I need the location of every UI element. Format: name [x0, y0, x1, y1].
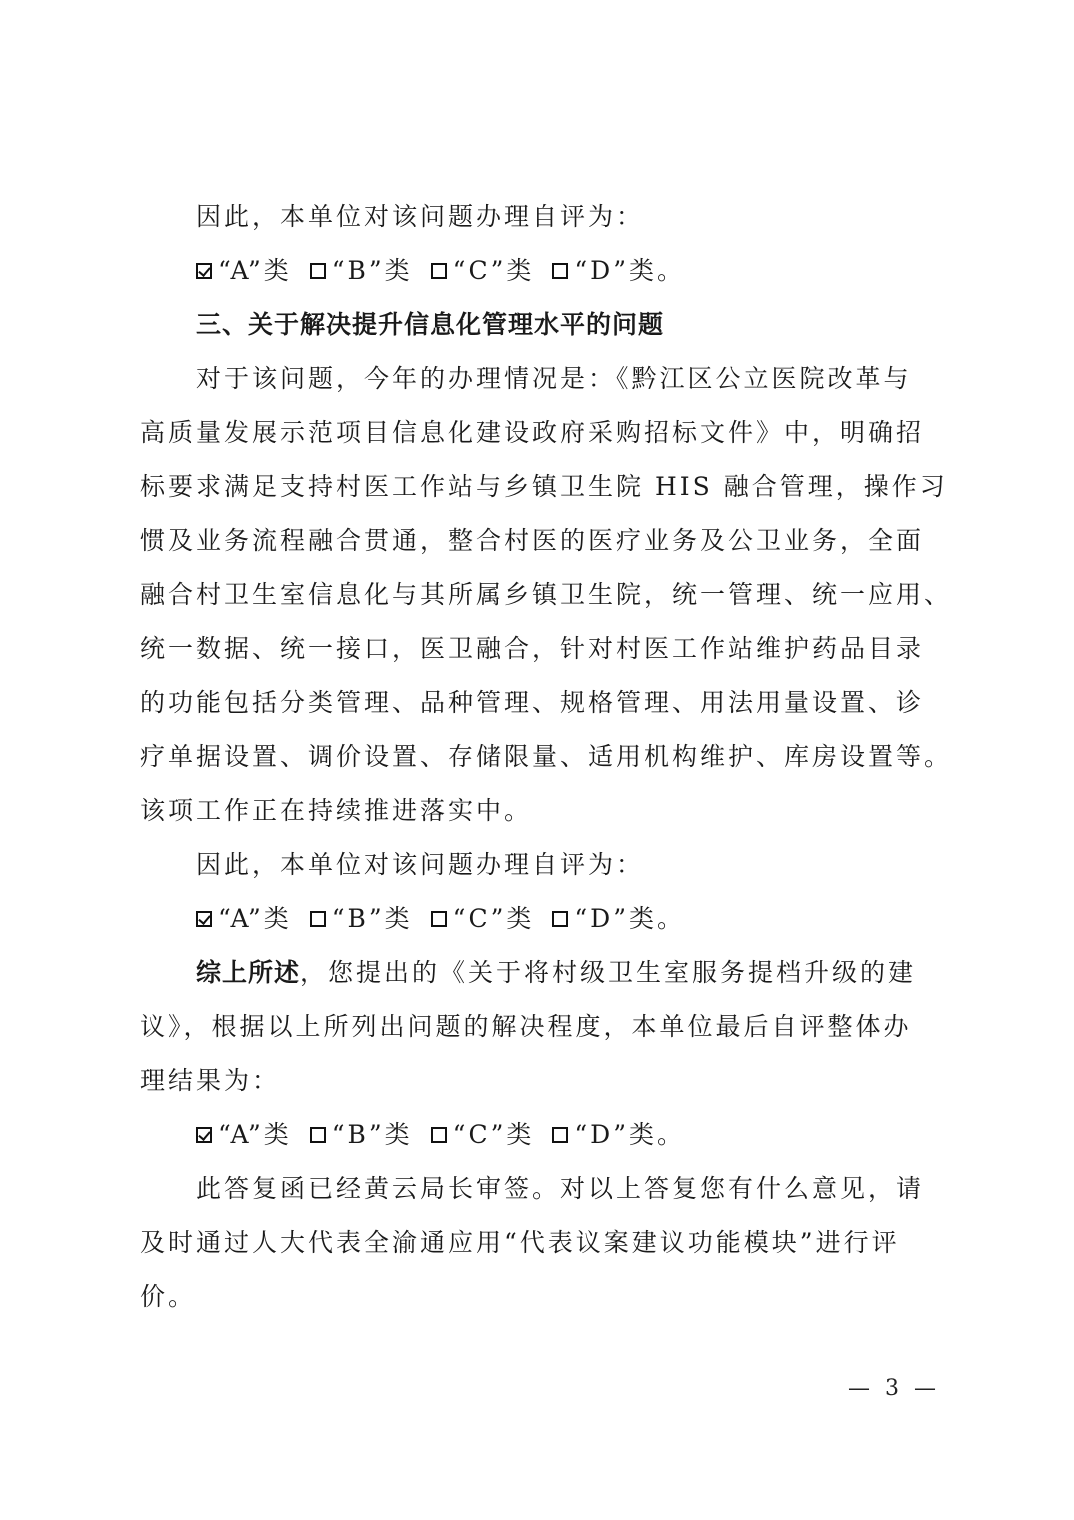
- self-evaluation-intro: 因此，本单位对该问题办理自评为：: [140, 838, 940, 892]
- page-number: — 3 —: [848, 1376, 940, 1401]
- empty-box-icon[interactable]: [310, 263, 326, 279]
- paragraph-line: 统一数据、统一接口，医卫融合，针对村医工作站维护药品目录: [140, 622, 940, 676]
- section-heading: 三、关于解决提升信息化管理水平的问题: [140, 298, 940, 352]
- empty-box-icon[interactable]: [431, 1127, 447, 1143]
- empty-box-icon[interactable]: [552, 263, 568, 279]
- summary-lead: 综上所述: [196, 958, 300, 987]
- self-evaluation-intro: 因此，本单位对该问题办理自评为：: [140, 190, 940, 244]
- rating-option-c[interactable]: “C”类: [431, 244, 535, 298]
- checked-box-icon[interactable]: [196, 263, 212, 279]
- document-page: 因此，本单位对该问题办理自评为： “A”类 “B”类 “C”类 “D”类。 三、…: [140, 190, 940, 1324]
- rating-option-d[interactable]: “D”类。: [552, 892, 685, 946]
- empty-box-icon[interactable]: [552, 1127, 568, 1143]
- rating-option-a[interactable]: “A”类: [196, 1108, 292, 1162]
- empty-box-icon[interactable]: [431, 911, 447, 927]
- paragraph-line: 的功能包括分类管理、品种管理、规格管理、用法用量设置、诊: [140, 676, 940, 730]
- paragraph-line: 疗单据设置、调价设置、存储限量、适用机构维护、库房设置等。: [140, 730, 940, 784]
- closing-line: 价。: [140, 1270, 940, 1324]
- rating-option-c[interactable]: “C”类: [431, 892, 535, 946]
- paragraph-line: 对于该问题，今年的办理情况是：《黔江区公立医院改革与: [140, 352, 940, 406]
- paragraph-line: 惯及业务流程融合贯通，整合村医的医疗业务及公卫业务，全面: [140, 514, 940, 568]
- rating-options: “A”类 “B”类 “C”类 “D”类。: [140, 892, 940, 946]
- paragraph-line: 融合村卫生室信息化与其所属乡镇卫生院，统一管理、统一应用、: [140, 568, 940, 622]
- paragraph-line: 标要求满足支持村医工作站与乡镇卫生院 HIS 融合管理，操作习: [140, 460, 940, 514]
- summary-line: 议》，根据以上所列出问题的解决程度，本单位最后自评整体办: [140, 1000, 940, 1054]
- rating-option-c[interactable]: “C”类: [431, 1108, 535, 1162]
- rating-option-d[interactable]: “D”类。: [552, 244, 685, 298]
- empty-box-icon[interactable]: [310, 1127, 326, 1143]
- paragraph-line: 该项工作正在持续推进落实中。: [140, 784, 940, 838]
- paragraph-line: 高质量发展示范项目信息化建设政府采购招标文件》中，明确招: [140, 406, 940, 460]
- empty-box-icon[interactable]: [310, 911, 326, 927]
- rating-option-b[interactable]: “B”类: [310, 1108, 413, 1162]
- rating-option-a[interactable]: “A”类: [196, 244, 292, 298]
- checked-box-icon[interactable]: [196, 1127, 212, 1143]
- rating-option-d[interactable]: “D”类。: [552, 1108, 685, 1162]
- closing-line: 及时通过人大代表全渝通应用“代表议案建议功能模块”进行评: [140, 1216, 940, 1270]
- summary-line: 综上所述，您提出的《关于将村级卫生室服务提档升级的建: [140, 946, 940, 1000]
- rating-options: “A”类 “B”类 “C”类 “D”类。: [140, 244, 940, 298]
- rating-options: “A”类 “B”类 “C”类 “D”类。: [140, 1108, 940, 1162]
- closing-line: 此答复函已经黄云局长审签。对以上答复您有什么意见，请: [140, 1162, 940, 1216]
- empty-box-icon[interactable]: [552, 911, 568, 927]
- rating-option-b[interactable]: “B”类: [310, 244, 413, 298]
- checked-box-icon[interactable]: [196, 911, 212, 927]
- empty-box-icon[interactable]: [431, 263, 447, 279]
- rating-option-b[interactable]: “B”类: [310, 892, 413, 946]
- rating-option-a[interactable]: “A”类: [196, 892, 292, 946]
- summary-line: 理结果为：: [140, 1054, 940, 1108]
